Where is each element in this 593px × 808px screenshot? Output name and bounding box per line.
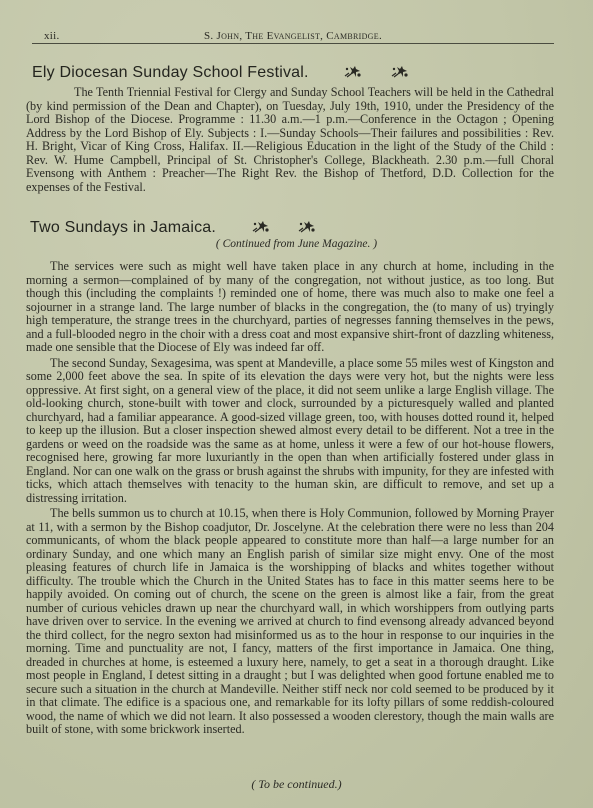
article-subtitle: ( Continued from June Magazine. ) xyxy=(0,238,593,250)
article-body-jamaica: The services were such as might well hav… xyxy=(26,260,554,739)
article-title-text: Two Sundays in Jamaica. xyxy=(30,219,216,236)
to-be-continued-note: ( To be continued.) xyxy=(0,777,593,792)
article-title-ely-festival: Ely Diocesan Sunday School Festival. xyxy=(32,64,410,82)
paragraph: The Tenth Triennial Festival for Clergy … xyxy=(26,86,554,194)
floral-ornament-icon xyxy=(251,220,271,234)
header-rule xyxy=(32,43,554,44)
article-title-jamaica: Two Sundays in Jamaica. xyxy=(30,219,317,237)
paragraph: The second Sunday, Sexagesima, was spent… xyxy=(26,357,554,506)
running-title: S. John, The Evangelist, Cambridge. xyxy=(32,30,554,42)
article-body-ely-festival: The Tenth Triennial Festival for Clergy … xyxy=(26,86,554,196)
article-title-text: Ely Diocesan Sunday School Festival. xyxy=(32,64,309,81)
floral-ornament-icon xyxy=(390,65,410,79)
floral-ornament-icon xyxy=(343,65,363,79)
magazine-page: xii. S. John, The Evangelist, Cambridge.… xyxy=(0,0,593,808)
floral-ornament-icon xyxy=(297,220,317,234)
paragraph: The services were such as might well hav… xyxy=(26,260,554,355)
paragraph: The bells summon us to church at 10.15, … xyxy=(26,507,554,737)
